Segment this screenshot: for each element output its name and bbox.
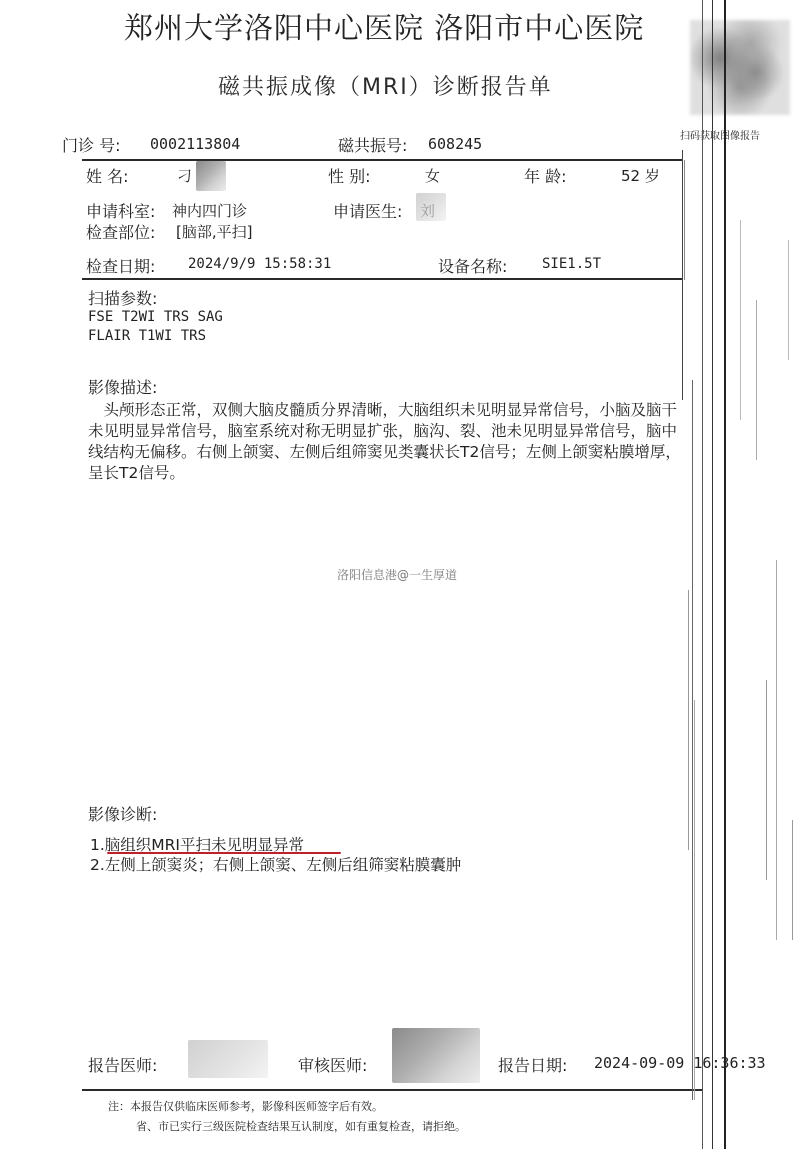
mri-number: 608245 xyxy=(428,135,482,153)
divider-bottom xyxy=(82,1089,702,1091)
report-title: 磁共振成像（MRI）诊断报告单 xyxy=(218,70,553,101)
exam-date-label: 检查日期: xyxy=(86,254,155,277)
name-value: 刁 xyxy=(177,165,192,186)
note-line-1: 注：本报告仅供临床医师参考，影像科医师签字后有效。 xyxy=(108,1098,383,1114)
outpatient-number: 0002113804 xyxy=(150,135,240,153)
reporter-signature-redaction xyxy=(188,1040,268,1078)
sex-value: 女 xyxy=(425,165,440,186)
note-line-2: 省、市已实行三级医院检查结果互认制度，如有重复检查，请拒绝。 xyxy=(136,1118,466,1134)
scan-param-line: FLAIR T1WI TRS xyxy=(88,328,206,344)
requesting-doctor-label: 申请医生: xyxy=(333,199,402,222)
scan-params-heading: 扫描参数: xyxy=(88,286,157,309)
scan-param-line: FSE T2WI TRS SAG xyxy=(88,309,223,325)
diagnosis-heading: 影像诊断: xyxy=(88,802,157,825)
vertical-edge-line xyxy=(692,380,693,1100)
mri-number-label: 磁共振号: xyxy=(338,133,407,156)
reviewing-doctor-label: 审核医师: xyxy=(298,1053,367,1076)
device-value: SIE1.5T xyxy=(542,256,601,272)
name-label: 姓 名: xyxy=(86,164,128,187)
qr-code-icon xyxy=(690,20,790,115)
sex-label: 性 别: xyxy=(328,164,370,187)
divider-exam xyxy=(82,278,682,280)
description-heading: 影像描述: xyxy=(88,375,157,398)
reviewer-signature-redaction xyxy=(392,1028,480,1083)
description-text: 头颅形态正常，双侧大脑皮髓质分界清晰，大脑组织未见明显异常信号，小脑及脑干未见明… xyxy=(88,400,688,484)
report-date-label: 报告日期: xyxy=(498,1053,567,1076)
age-label: 年 龄: xyxy=(524,164,566,187)
name-redaction xyxy=(196,161,226,191)
watermark: 洛阳信息港@一生厚道 xyxy=(337,566,457,583)
divider-top xyxy=(82,159,682,161)
qr-caption: 扫码获取图像报告 xyxy=(680,127,760,142)
age-value: 52 岁 xyxy=(621,165,660,186)
hospital-name: 郑州大学洛阳中心医院 洛阳市中心医院 xyxy=(124,6,644,47)
device-label: 设备名称: xyxy=(438,254,507,277)
exam-date-value: 2024/9/9 15:58:31 xyxy=(188,256,331,272)
body-part-label: 检查部位: xyxy=(86,220,155,243)
department-value: 神内四门诊 xyxy=(172,200,247,221)
vertical-edge-line xyxy=(682,150,683,400)
department-label: 申请科室: xyxy=(86,199,155,222)
diagnosis-item-2: 2.左侧上颌窦炎；右侧上颌窦、左侧后组筛窦粘膜囊肿 xyxy=(90,853,461,875)
reporting-doctor-label: 报告医师: xyxy=(88,1053,157,1076)
doctor-redaction xyxy=(416,193,446,221)
scan-artifact-streaks xyxy=(670,0,800,1149)
outpatient-label: 门诊 号: xyxy=(62,133,120,156)
body-part-value: [脑部,平扫] xyxy=(176,221,252,242)
report-date-value: 2024-09-09 16:36:33 xyxy=(594,1054,766,1072)
